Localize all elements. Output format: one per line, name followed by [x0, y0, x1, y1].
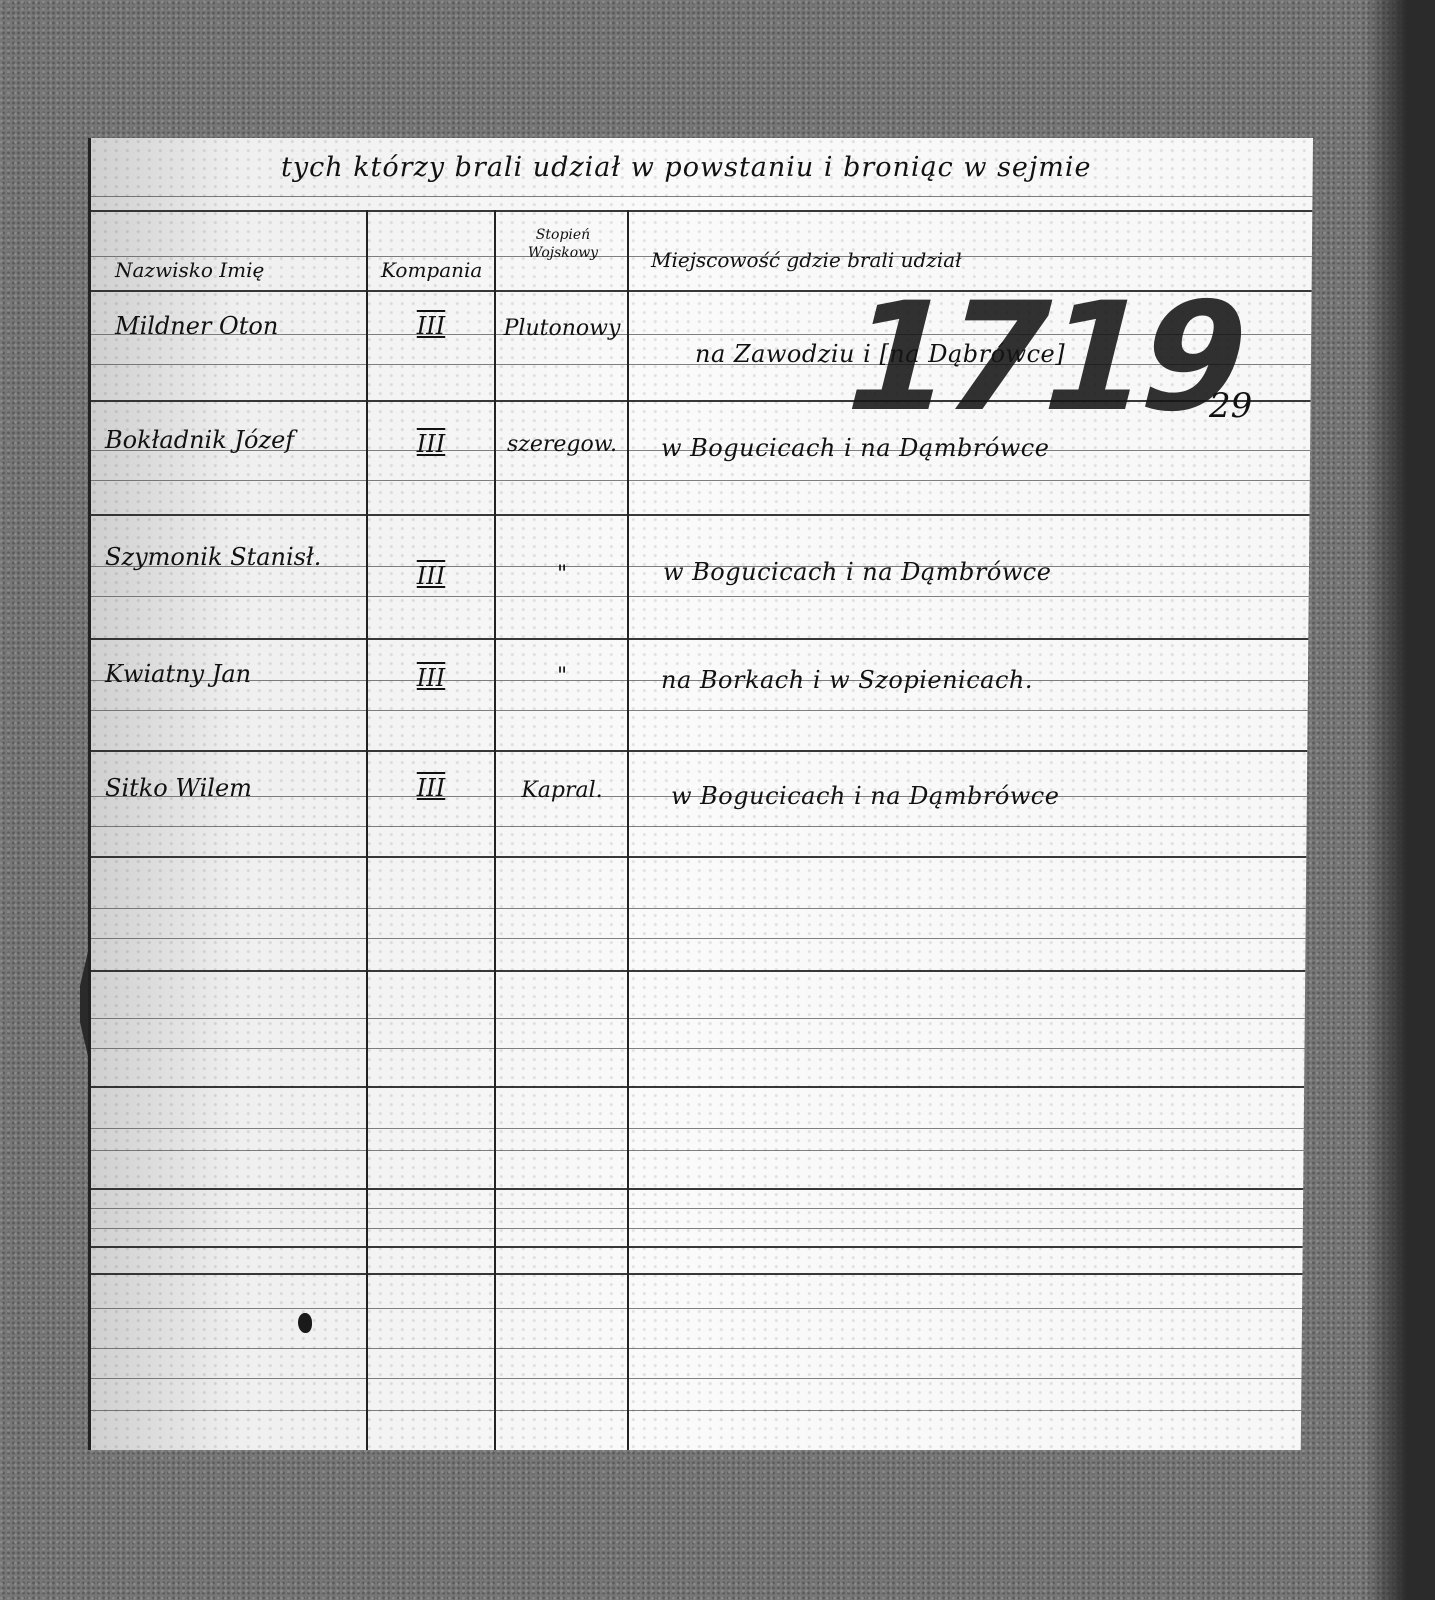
row-4-place: na Borkach i w Szopienicach.: [661, 666, 1033, 694]
row-3-rank: ": [497, 562, 627, 587]
scan-edge-shadow: [1365, 0, 1435, 1600]
row-1-rank: Plutonowy: [497, 316, 627, 341]
row-5-place: w Bogucicach i na Dąmbrówce: [671, 782, 1059, 810]
row-4-rank: ": [497, 664, 627, 689]
document-page: tych którzy brali udział w powstaniu i b…: [88, 138, 1313, 1450]
row-2-company: III: [391, 430, 471, 458]
row-2-name: Bokładnik Józef: [105, 426, 294, 454]
row-5-company: III: [391, 774, 471, 802]
row-5-name: Sitko Wilem: [105, 774, 252, 802]
archive-number-stamp: 1719: [828, 283, 1259, 433]
row-3-name: Szymonik Stanisł.: [105, 538, 345, 576]
ink-blot: [298, 1313, 312, 1333]
row-1-company: III: [391, 312, 471, 340]
page-number: 29: [1209, 386, 1252, 426]
row-3-place: w Bogucicach i na Dąmbrówce: [663, 558, 1051, 586]
row-1-name: Mildner Oton: [115, 312, 278, 340]
row-5-rank: Kapral.: [497, 778, 627, 803]
row-3-company: III: [391, 562, 471, 590]
column-header-company: Kompania: [381, 258, 482, 282]
column-header-place: Miejscowość gdzie brali udział: [651, 248, 962, 272]
row-4-company: III: [391, 664, 471, 692]
column-header-rank: Stopień Wojskowy: [503, 226, 623, 262]
column-header-name: Nazwisko Imię: [115, 258, 264, 282]
row-4-name: Kwiatny Jan: [105, 660, 251, 688]
document-title: tych którzy brali udział w powstaniu i b…: [281, 152, 1271, 183]
row-2-rank: szeregow.: [497, 432, 627, 457]
